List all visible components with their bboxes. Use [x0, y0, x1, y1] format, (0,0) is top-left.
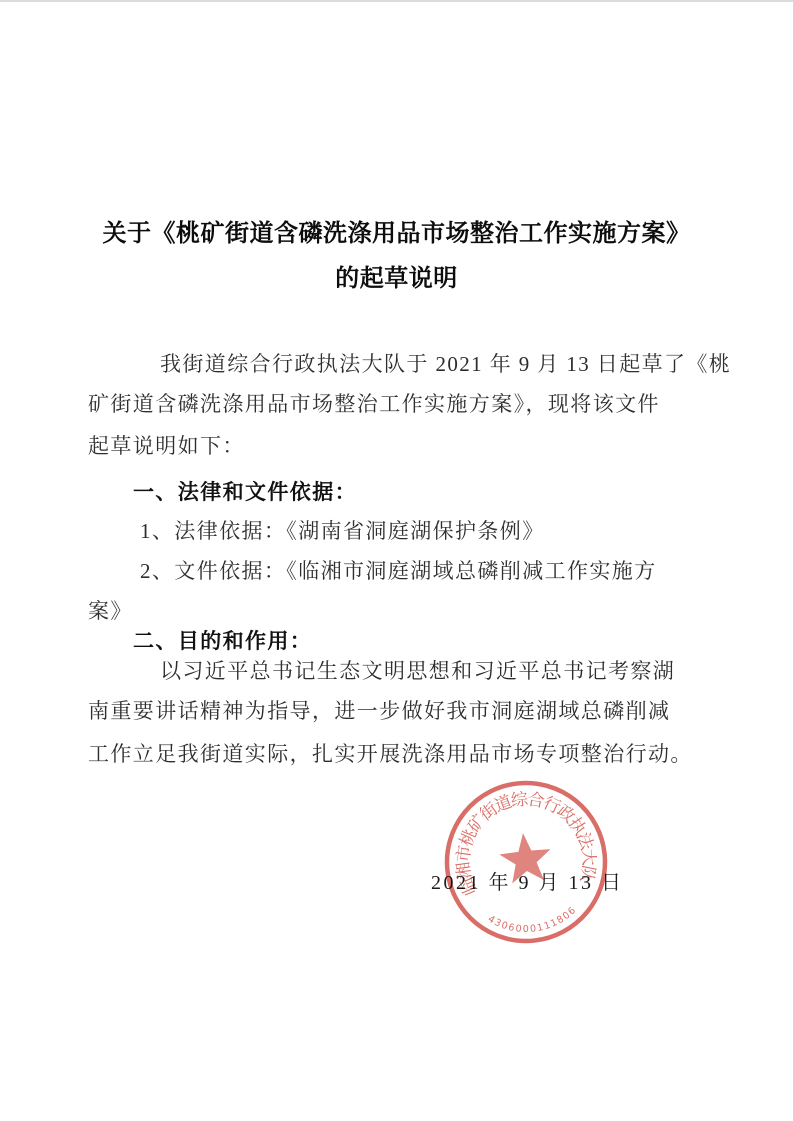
svg-text:0: 0: [515, 923, 522, 935]
scanned-document-page: 关于《桃矿街道含磷洗涤用品市场整治工作实施方案》 的起草说明 我街道综合行政执法…: [0, 0, 793, 1121]
body-line: 工作立足我街道实际，扎实开展洗涤用品市场专项整治行动。: [88, 742, 693, 766]
list-item: 2、文件依据：《临湘市洞庭湖域总磷削减工作实施方: [88, 559, 657, 583]
title-line-2: 的起草说明: [0, 257, 793, 302]
body-line: 我街道综合行政执法大队于 2021 年 9 月 13 日起草了《桃: [88, 352, 731, 376]
document-title: 关于《桃矿街道含磷洗涤用品市场整治工作实施方案》 的起草说明: [0, 212, 793, 302]
body-line: 案》: [88, 599, 133, 623]
official-seal: 临湘市桃矿街道综合行政执法大队 4306000111806: [429, 765, 622, 958]
svg-text:0: 0: [523, 924, 529, 935]
section-heading: 二、目的和作用：: [88, 629, 312, 653]
body-line: 南重要讲话精神为指导，进一步做好我市洞庭湖域总磷削减: [88, 699, 670, 723]
body-line: 以习近平总书记生态文明思想和习近平总书记考察湖: [88, 659, 675, 683]
section-heading: 一、法律和文件依据：: [88, 480, 357, 504]
official-seal-graphic: 临湘市桃矿街道综合行政执法大队 4306000111806: [429, 765, 622, 958]
scan-edge-artifact: [0, 0, 793, 2]
title-line-1: 关于《桃矿街道含磷洗涤用品市场整治工作实施方案》: [0, 212, 793, 257]
body-line: 矿街道含磷洗涤用品市场整治工作实施方案》，现将该文件: [88, 392, 660, 416]
document-date: 2021 年 9 月 13 日: [431, 871, 624, 895]
list-item: 1、法律依据：《湖南省洞庭湖保护条例》: [88, 519, 545, 543]
document-body: 我街道综合行政执法大队于 2021 年 9 月 13 日起草了《桃 矿街道含磷洗…: [88, 352, 728, 792]
body-line: 起草说明如下：: [88, 434, 245, 458]
